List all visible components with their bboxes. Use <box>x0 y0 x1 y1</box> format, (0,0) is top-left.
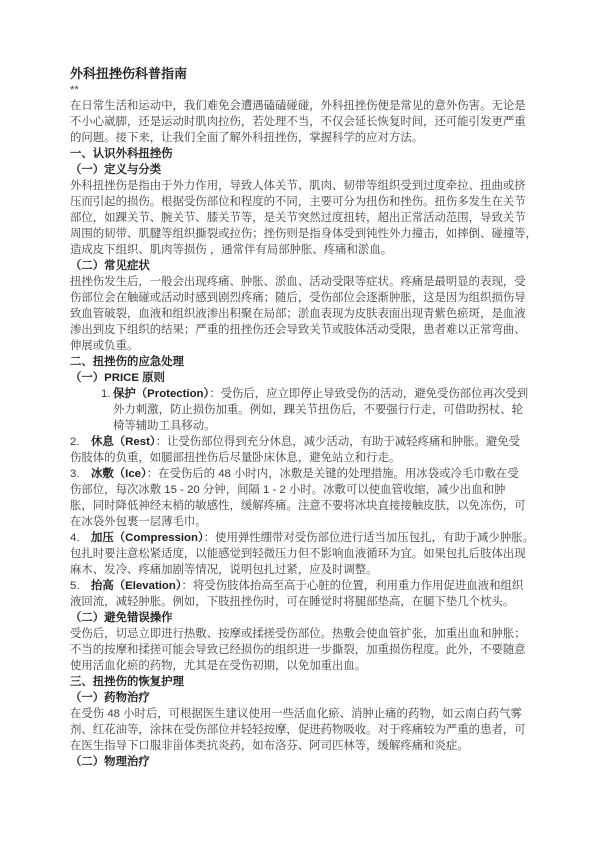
subsection-heading-price: （一）PRICE 原则 <box>70 370 531 386</box>
list-marker: 5. <box>70 578 91 594</box>
intro-paragraph-line: 不小心崴脚，还是运动时肌肉拉伤，若处理不当，不仅会延长恢复时间，还可能引发更严重 <box>70 114 531 130</box>
section-heading-2: 二、扭挫伤的应急处理 <box>70 354 531 370</box>
list-item-protection: 1.保护（Protection）：受伤后，应立即停止导致受伤的活动，避免受伤部位… <box>70 386 531 402</box>
medication-paragraph-line: 在受伤 48 小时后，可根据医生建议使用一些活血化瘀、消肿止痛的药物，如云南白药… <box>70 706 531 722</box>
subsection-heading-avoid-mistakes: （二）避免错误操作 <box>70 610 531 626</box>
markdown-asterisks: ** <box>70 82 531 98</box>
symptoms-paragraph-line: 扭挫伤发生后，一般会出现疼痛、肿胀、淤血、活动受限等症状。疼痛是最明显的表现，受 <box>70 274 531 290</box>
list-item-ice: 3.冰敷（Ice）：在受伤后的 48 小时内，冰敷是关键的处理措施。用冰袋或冷毛… <box>70 466 531 482</box>
list-marker: 1. <box>101 386 113 402</box>
list-item-text: ：将受伤肢体抬高至高于心脏的位置，利用重力作用促进血液和组织 <box>182 580 524 592</box>
document-page: 外科扭挫伤科普指南 ** 在日常生活和运动中，我们难免会遭遇磕磕碰碰，外科扭挫伤… <box>0 0 595 841</box>
symptoms-paragraph-line: 渗出到皮下组织的结果；严重的扭挫伤还会导致关节或肢体活动受限，患者难以正常弯曲、 <box>70 322 531 338</box>
list-item-compression-continuation: 包扎时要注意松紧适度，以能感觉到轻微压力但不影响血液循环为宜。如果包扎后肢体出现 <box>70 546 531 562</box>
medication-paragraph-line: 在医生指导下口服非甾体类抗炎药，如布洛芬、阿司匹林等，缓解疼痛和炎症。 <box>70 738 531 754</box>
intro-paragraph-line: 在日常生活和运动中，我们难免会遭遇磕磕碰碰，外科扭挫伤便是常见的意外伤害。无论是 <box>70 98 531 114</box>
list-marker: 4. <box>70 530 91 546</box>
list-item-text: ：受伤后，应立即停止导致受伤的活动，避免受伤部位再次受到 <box>209 388 528 400</box>
list-item-rest: 2.休息（Rest）：让受伤部位得到充分休息，减少活动，有助于减轻疼痛和肿胀。避… <box>70 434 531 450</box>
subsection-heading-physiotherapy: （二）物理治疗 <box>70 754 531 770</box>
list-item-ice-continuation: 伤部位，每次冰敷 15 - 20 分钟，间隔 1 - 2 小时。冰敷可以使血管收… <box>70 482 531 498</box>
list-item-compression-continuation: 麻木、发冷、疼痛加剧等情况，说明包扎过紧，应及时调整。 <box>70 562 531 578</box>
symptoms-paragraph-line: 伤部位会在触碰或活动时感到剧烈疼痛；随后，受伤部位会逐渐肿胀，这是因为组织损伤导 <box>70 290 531 306</box>
medication-paragraph-line: 剂、红花油等，涂抹在受伤部位并轻轻按摩，促进药物吸收。对于疼痛较为严重的患者，可 <box>70 722 531 738</box>
definition-paragraph-line: 周围的韧带、肌腱等组织撕裂或拉伤；挫伤则是指身体受到钝性外力撞击，如摔倒、碰撞等… <box>70 226 531 242</box>
doc-title: 外科扭挫伤科普指南 <box>70 66 531 82</box>
list-item-label: 保护（Protection） <box>113 388 209 400</box>
list-marker: 2. <box>70 434 91 450</box>
section-heading-3: 三、扭挫伤的恢复护理 <box>70 674 531 690</box>
list-item-label: 休息（Rest） <box>91 436 156 448</box>
list-item-protection-continuation: 椅等辅助工具移动。 <box>70 418 531 434</box>
avoid-mistakes-paragraph-line: 不当的按摩和揉搓可能会导致已经损伤的组织进一步撕裂，加重损伤程度。此外，不要随意 <box>70 642 531 658</box>
definition-paragraph-line: 造成皮下组织、肌肉等损伤 ，通常伴有局部肿胀、疼痛和淤血。 <box>70 242 531 258</box>
definition-paragraph-line: 部位，如踝关节、腕关节、膝关节等，是关节突然过度扭转，超出正常活动范围，导致关节 <box>70 210 531 226</box>
list-marker: 3. <box>70 466 91 482</box>
symptoms-paragraph-line: 致血管破裂，血液和组织液渗出积聚在局部；淤血表现为皮肤表面出现青紫色瘀斑，是血液 <box>70 306 531 322</box>
list-item-rest-continuation: 伤肢体的负重，如腿部扭挫伤后尽量卧床休息，避免站立和行走。 <box>70 450 531 466</box>
list-item-ice-continuation: 胀，同时降低神经末梢的敏感性，缓解疼痛。注意不要将冰块直接接触皮肤，以免冻伤，可 <box>70 498 531 514</box>
list-item-text: ：在受伤后的 48 小时内，冰敷是关键的处理措施。用冰袋或冷毛巾敷在受 <box>147 468 519 480</box>
list-item-elevation-continuation: 液回流，减轻肿胀。例如，下肢扭挫伤时，可在睡觉时将腿部垫高，在腿下垫几个枕头。 <box>70 594 531 610</box>
section-heading-1: 一、认识外科扭挫伤 <box>70 146 531 162</box>
intro-paragraph-line: 的问题。接下来，让我们全面了解外科扭挫伤，掌握科学的应对方法。 <box>70 130 531 146</box>
list-item-label: 抬高（Elevation） <box>91 580 182 592</box>
list-item-elevation: 5.抬高（Elevation）：将受伤肢体抬高至高于心脏的位置，利用重力作用促进… <box>70 578 531 594</box>
symptoms-paragraph-line: 伸展或负重。 <box>70 338 531 354</box>
definition-paragraph-line: 压而引起的损伤。根据受伤部位和程度的不同，主要可分为扭伤和挫伤。扭伤多发生在关节 <box>70 194 531 210</box>
list-item-text: ：使用弹性绷带对受伤部位进行适当加压包扎，有助于减少肿胀。 <box>204 532 534 544</box>
list-item-ice-continuation: 在冰袋外包裹一层薄毛巾。 <box>70 514 531 530</box>
list-item-label: 冰敷（Ice） <box>91 468 147 480</box>
list-item-label: 加压（Compression） <box>91 532 204 544</box>
list-item-protection-continuation: 外力刺激，防止损伤加重。例如，踝关节扭伤后，不要强行行走，可借助拐杖、轮 <box>70 402 531 418</box>
list-item-compression: 4.加压（Compression）：使用弹性绷带对受伤部位进行适当加压包扎，有助… <box>70 530 531 546</box>
subsection-heading-symptoms: （二）常见症状 <box>70 258 531 274</box>
avoid-mistakes-paragraph-line: 使用活血化瘀的药物，尤其是在受伤初期，以免加重出血。 <box>70 658 531 674</box>
avoid-mistakes-paragraph-line: 受伤后，切忌立即进行热敷、按摩或揉搓受伤部位。热敷会使血管扩张，加重出血和肿胀； <box>70 626 531 642</box>
subsection-heading-definition: （一）定义与分类 <box>70 162 531 178</box>
list-item-text: ：让受伤部位得到充分休息，减少活动，有助于减轻疼痛和肿胀。避免受 <box>156 436 521 448</box>
subsection-heading-medication: （一）药物治疗 <box>70 690 531 706</box>
definition-paragraph-line: 外科扭挫伤是指由于外力作用，导致人体关节、肌肉、韧带等组织受到过度牵拉、扭曲或挤 <box>70 178 531 194</box>
